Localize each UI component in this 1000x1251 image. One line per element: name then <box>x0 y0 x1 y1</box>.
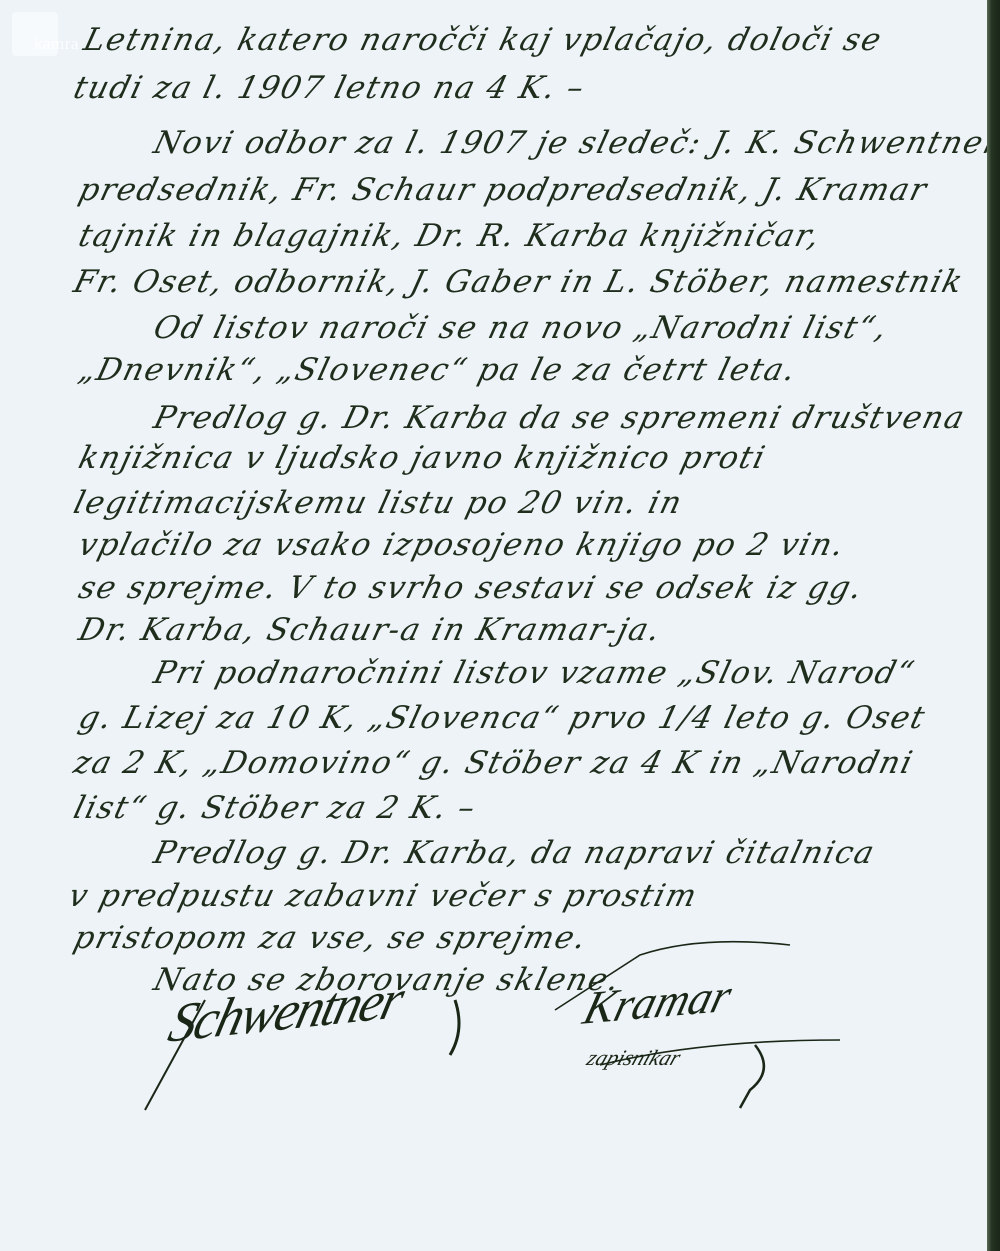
text-line: Letnina, katero naročči kaj vplačajo, do… <box>80 22 886 58</box>
text-line: tajnik in blagajnik, Dr. R. Karba knjižn… <box>75 218 825 254</box>
signature-role: zapisnikar <box>583 1045 684 1071</box>
text-line: vplačilo za vsako izposojeno knjigo po 2… <box>75 527 849 563</box>
text-line: se sprejme. V to svrho sestavi se odsek … <box>75 570 867 606</box>
text-line: legitimacijskemu listu po 20 vin. in <box>70 485 687 521</box>
watermark-text: kamra <box>34 34 79 54</box>
text-line: Novi odbor za l. 1907 je sledeč: J. K. S… <box>150 125 1000 161</box>
text-line: Dr. Karba, Schaur-a in Kramar-ja. <box>75 612 665 648</box>
text-line: Predlog g. Dr. Karba, da napravi čitalni… <box>150 835 879 871</box>
text-line: Od listov naroči se na novo „Narodni lis… <box>150 310 892 346</box>
text-line: Predlog g. Dr. Karba da se spremeni druš… <box>150 400 969 436</box>
text-line: pristopom za vse, se sprejme. <box>70 920 591 956</box>
text-line: v predpustu zabavni večer s prostim <box>65 878 702 914</box>
text-line: za 2 K, „Domovino“ g. Stöber za 4 K in „… <box>70 745 917 781</box>
scan-edge <box>987 0 1000 1251</box>
text-line: Fr. Oset, odbornik, J. Gaber in L. Stöbe… <box>70 264 968 300</box>
text-line: tudi za l. 1907 letno na 4 K. – <box>70 70 589 106</box>
text-line: knjižnica v ljudsko javno knjižnico prot… <box>75 440 770 476</box>
text-line: predsednik, Fr. Schaur podpredsednik, J.… <box>75 172 931 208</box>
text-line: Pri podnaročnini listov vzame „Slov. Nar… <box>150 655 919 691</box>
text-line: „Dnevnik“, „Slovenec“ pa le za četrt let… <box>75 352 801 388</box>
text-line: list“ g. Stöber za 2 K. – <box>70 790 480 826</box>
manuscript-page: kamra Letnina, katero naročči kaj vplača… <box>0 0 1000 1251</box>
text-line: g. Lizej za 10 K, „Slovenca“ prvo 1/4 le… <box>75 700 930 736</box>
